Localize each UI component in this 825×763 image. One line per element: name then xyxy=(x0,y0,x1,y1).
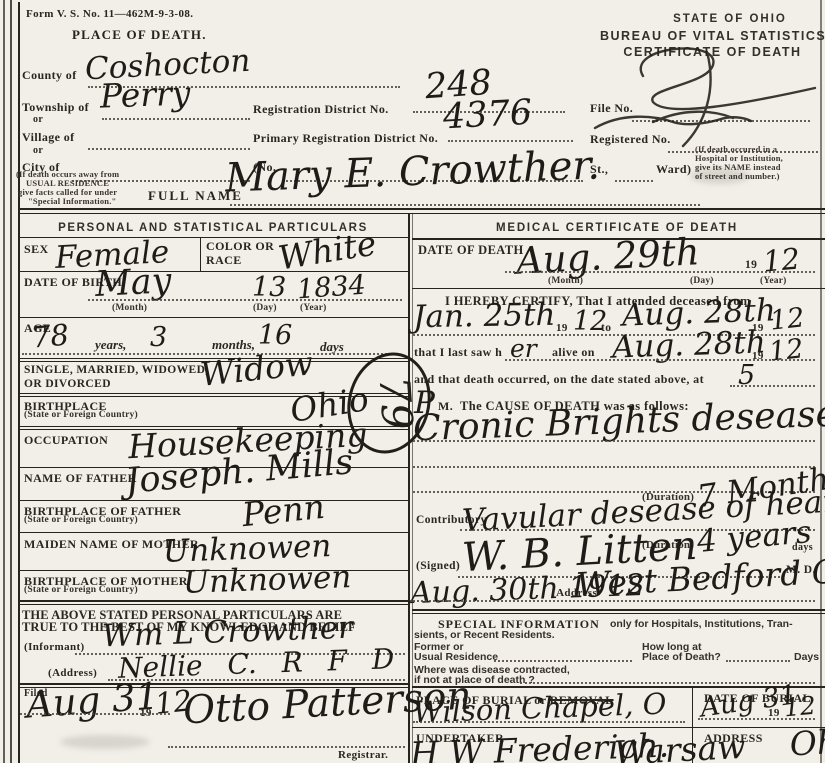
row-rule xyxy=(18,604,408,605)
disease-contracted-label2: if not at place of death ? xyxy=(414,674,535,686)
row-rule xyxy=(18,500,408,501)
row-rule xyxy=(412,288,825,289)
full-name-value: Mary E. Crowther. xyxy=(224,145,600,198)
binding-line xyxy=(10,0,12,763)
years-word: years, xyxy=(95,337,126,353)
township-label: Township of xyxy=(22,100,89,115)
dotted-line xyxy=(698,718,815,720)
attended-to-year: 12 xyxy=(769,304,806,334)
day-note: (Day) xyxy=(253,303,277,313)
primary-registration-value: 4376 xyxy=(442,96,533,136)
medical-section-title: MEDICAL CERTIFICATE OF DEATH xyxy=(412,222,822,234)
last-saw-her: er xyxy=(510,336,537,361)
days-label: Days xyxy=(794,651,819,663)
or-label: or xyxy=(33,114,43,125)
last-saw-text: that I last saw h xyxy=(414,345,502,360)
township-value: Perry xyxy=(99,76,191,112)
marital-status-value: Widow xyxy=(199,346,315,391)
mother-birthplace-value: Unknowen xyxy=(183,562,352,599)
state-title: STATE OF OHIO xyxy=(640,13,820,25)
ward-label: Ward) xyxy=(656,162,691,177)
sex-label: SEX xyxy=(24,242,49,257)
month-note: (Month) xyxy=(112,303,147,313)
or-label: or xyxy=(33,145,43,156)
former-residence-label2: Usual Residence xyxy=(414,651,498,663)
informant-label: (Informant) xyxy=(24,641,85,653)
date-of-burial-year: 12 xyxy=(783,693,817,721)
state-country-note: (State or Foreign Country) xyxy=(24,585,138,595)
age-months-value: 3 xyxy=(150,324,167,351)
to-word: to xyxy=(601,322,611,334)
primary-registration-label: Primary Registration District No. xyxy=(253,131,438,146)
scan-artifact xyxy=(60,735,150,749)
form-number: Form V. S. No. 11—462M-9-3-08. xyxy=(26,8,193,20)
residence-note-line4: "Special Information." xyxy=(28,197,116,206)
dod-year-printed: 19 xyxy=(745,259,757,271)
row-rule xyxy=(412,613,825,614)
father-name-label: NAME OF FATHER xyxy=(24,471,137,486)
dob-month-value: May xyxy=(94,264,172,303)
signed-label: (Signed) xyxy=(416,560,460,572)
year-note: (Year) xyxy=(300,303,327,313)
occupation-label: OCCUPATION xyxy=(24,433,108,448)
section-rule xyxy=(18,208,825,210)
form-left-border xyxy=(18,2,20,763)
cell-divider xyxy=(200,237,201,271)
dotted-line xyxy=(726,660,790,662)
dotted-line xyxy=(168,746,405,748)
date-of-death-label: DATE OF DEATH xyxy=(418,243,524,258)
form-right-border xyxy=(820,0,822,763)
special-information-rest2: sients, or Recent Residents. xyxy=(414,629,555,641)
registrar-label: Registrar. xyxy=(338,749,388,761)
dotted-line xyxy=(88,299,402,301)
alive-on-text: alive on xyxy=(552,345,595,360)
file-no-scribble xyxy=(583,38,819,150)
section-rule xyxy=(18,213,825,214)
dotted-line xyxy=(494,660,632,662)
dotted-line xyxy=(505,359,815,361)
age-years-value: 78 xyxy=(31,320,70,352)
death-occurred-text: and that death occurred, on the date sta… xyxy=(414,372,704,387)
row-rule xyxy=(412,609,825,611)
registration-district-label: Registration District No. xyxy=(253,102,389,117)
dotted-line xyxy=(410,600,815,602)
binding-line xyxy=(3,0,5,763)
dotted-line xyxy=(615,180,653,182)
color-race-label: COLOR OR RACE xyxy=(206,240,278,268)
state-country-note: (State or Foreign Country) xyxy=(24,410,138,420)
dob-day-value: 13 xyxy=(252,274,286,301)
village-label: Village of xyxy=(22,130,75,145)
marital-status-label: SINGLE, MARRIED, WIDOWED, OR DIVORCED xyxy=(24,363,214,392)
death-certificate-scan: Form V. S. No. 11—462M-9-3-08. PLACE OF … xyxy=(0,0,825,763)
state-country-note: (State or Foreign Country) xyxy=(24,515,138,525)
dotted-line xyxy=(20,713,170,715)
day-note: (Day) xyxy=(690,276,714,286)
father-birthplace-value: Penn xyxy=(241,490,327,531)
dotted-line xyxy=(88,148,250,150)
dotted-line xyxy=(505,271,815,273)
row-rule xyxy=(18,317,408,318)
place-of-death-title: PLACE OF DEATH. xyxy=(72,27,207,43)
month-note: (Month) xyxy=(548,276,583,286)
dotted-line xyxy=(413,721,685,723)
dotted-line xyxy=(230,204,700,206)
dotted-line xyxy=(413,466,815,468)
dotted-line xyxy=(448,140,573,142)
how-long-label2: Place of Death? xyxy=(642,651,721,663)
informant-address-label: (Address) xyxy=(48,667,97,679)
dotted-line xyxy=(413,440,815,442)
dotted-line xyxy=(730,385,815,387)
from-year-printed: 19 xyxy=(556,322,568,334)
days-word: days xyxy=(792,542,813,553)
year-note: (Year) xyxy=(760,276,787,286)
row-rule xyxy=(18,600,408,602)
hospital-note-line4: of street and number.) xyxy=(695,172,780,181)
informant-address-value: Nellie C. R F D xyxy=(118,645,395,683)
special-information-rest: only for Hospitals, Institutions, Tran- xyxy=(610,618,793,630)
dotted-line xyxy=(102,118,250,120)
county-label: County of xyxy=(22,68,77,83)
attended-from-value: Jan. 25th xyxy=(413,300,556,333)
last-saw-year: 12 xyxy=(768,335,805,365)
